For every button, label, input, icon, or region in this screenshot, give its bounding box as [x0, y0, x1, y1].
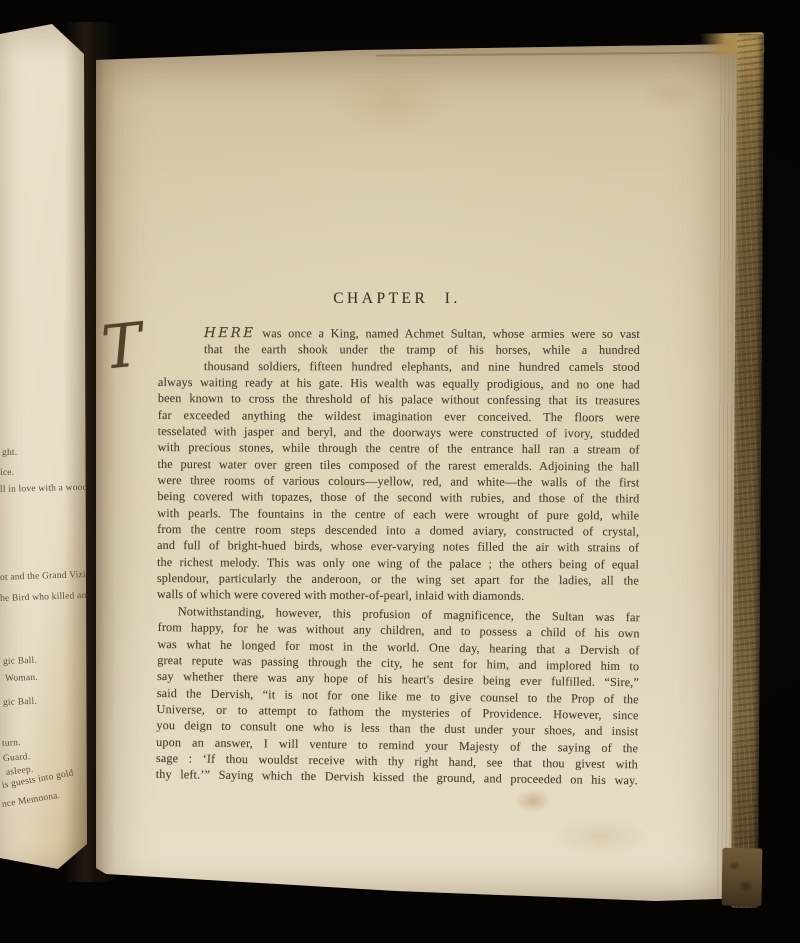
cover-bottom-corner: [721, 848, 762, 907]
drop-cap-initial: T: [99, 315, 145, 379]
body-paragraph-2: Notwithstanding, however, this profusion…: [156, 603, 640, 789]
left-page-text-fragment: gic Ball.: [3, 656, 37, 667]
text-line: thousand soldiers, fifteen hundred eleph…: [204, 358, 640, 375]
under-page-edge: [376, 51, 738, 56]
chapter-heading: CHAPTER I.: [156, 290, 638, 308]
text-line: that the earth shook under the tramp of …: [204, 341, 640, 358]
left-page-text-fragment: turn.: [2, 738, 21, 749]
body-paragraph-1: always waiting ready at his gate. His we…: [157, 374, 640, 605]
left-page-text-fragment: ot and the Grand Vizier.: [0, 570, 96, 583]
text-line-rest: was once a King, named Achmet Sultan, wh…: [256, 326, 640, 341]
body-text: T HERE was once a King, named Achmet Sul…: [158, 325, 640, 783]
cover-fore-edge: [731, 34, 764, 908]
left-page-text-fragment: Woman.: [5, 673, 38, 684]
left-page-text-fragment: ll in love with a wooden: [0, 482, 97, 495]
left-page-text-fragment: nce Memoona.: [1, 791, 61, 810]
book-photo-scene: ght. ice. ll in love with a wooden ot an…: [0, 0, 800, 943]
left-page-text-fragment: ght.: [2, 448, 17, 458]
left-page-text-fragment: ice.: [0, 468, 14, 478]
opening-lines: T HERE was once a King, named Achmet Sul…: [158, 325, 640, 375]
left-page-text-fragment: gic Ball.: [3, 697, 37, 708]
text-line: walls of which were covered with mother-…: [157, 586, 639, 605]
left-page-text-fragment: Guard.: [3, 752, 31, 764]
left-page-text-fragment: he Bird who killed an: [0, 591, 87, 604]
text-line: HERE was once a King, named Achmet Sulta…: [204, 325, 640, 342]
left-page: ght. ice. ll in love with a wooden ot an…: [0, 24, 100, 880]
opening-small-caps: HERE: [204, 325, 256, 341]
right-page: CHAPTER I. T HERE was once a King, named…: [96, 44, 748, 906]
